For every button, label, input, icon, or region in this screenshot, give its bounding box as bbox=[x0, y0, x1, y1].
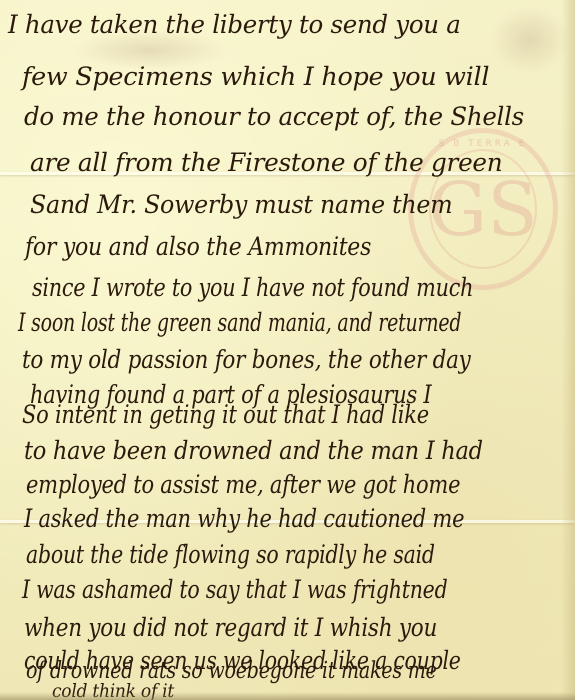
letter-line: I was ashamed to say that I was frightne… bbox=[22, 575, 447, 604]
letter-line: Sand Mr. Sowerby must name them bbox=[30, 190, 452, 219]
letter-line: So intent in geting it out that I had li… bbox=[22, 400, 429, 429]
letter-line: employed to assist me, after we got home bbox=[26, 470, 460, 499]
letter-line: I asked the man why he had cautioned me bbox=[24, 504, 464, 533]
letter-line: are all from the Firestone of the green bbox=[30, 148, 502, 177]
letter-line: for you and also the Ammonites bbox=[25, 232, 371, 261]
letter-page: S B TERRA E GS I have taken the liberty … bbox=[0, 0, 575, 700]
letter-line: to my old passion for bones, the other d… bbox=[22, 345, 471, 374]
letter-line: to have been drowned and the man I had bbox=[24, 436, 483, 465]
letter-line: I have taken the liberty to send you a bbox=[8, 10, 461, 39]
letter-line: do me the honour to accept of, the Shell… bbox=[24, 102, 524, 131]
paper-stain bbox=[490, 5, 570, 75]
paper-edge-bottom bbox=[0, 692, 575, 700]
letter-line: about the tide flowing so rapidly he sai… bbox=[26, 540, 435, 569]
letter-line: when you did not regard it I whish you bbox=[24, 613, 437, 642]
letter-line: few Specimens which I hope you will bbox=[22, 62, 489, 91]
letter-line: since I wrote to you I have not found mu… bbox=[32, 273, 473, 302]
paper-edge-right bbox=[561, 0, 575, 700]
letter-line: I soon lost the green sand mania, and re… bbox=[18, 308, 461, 337]
